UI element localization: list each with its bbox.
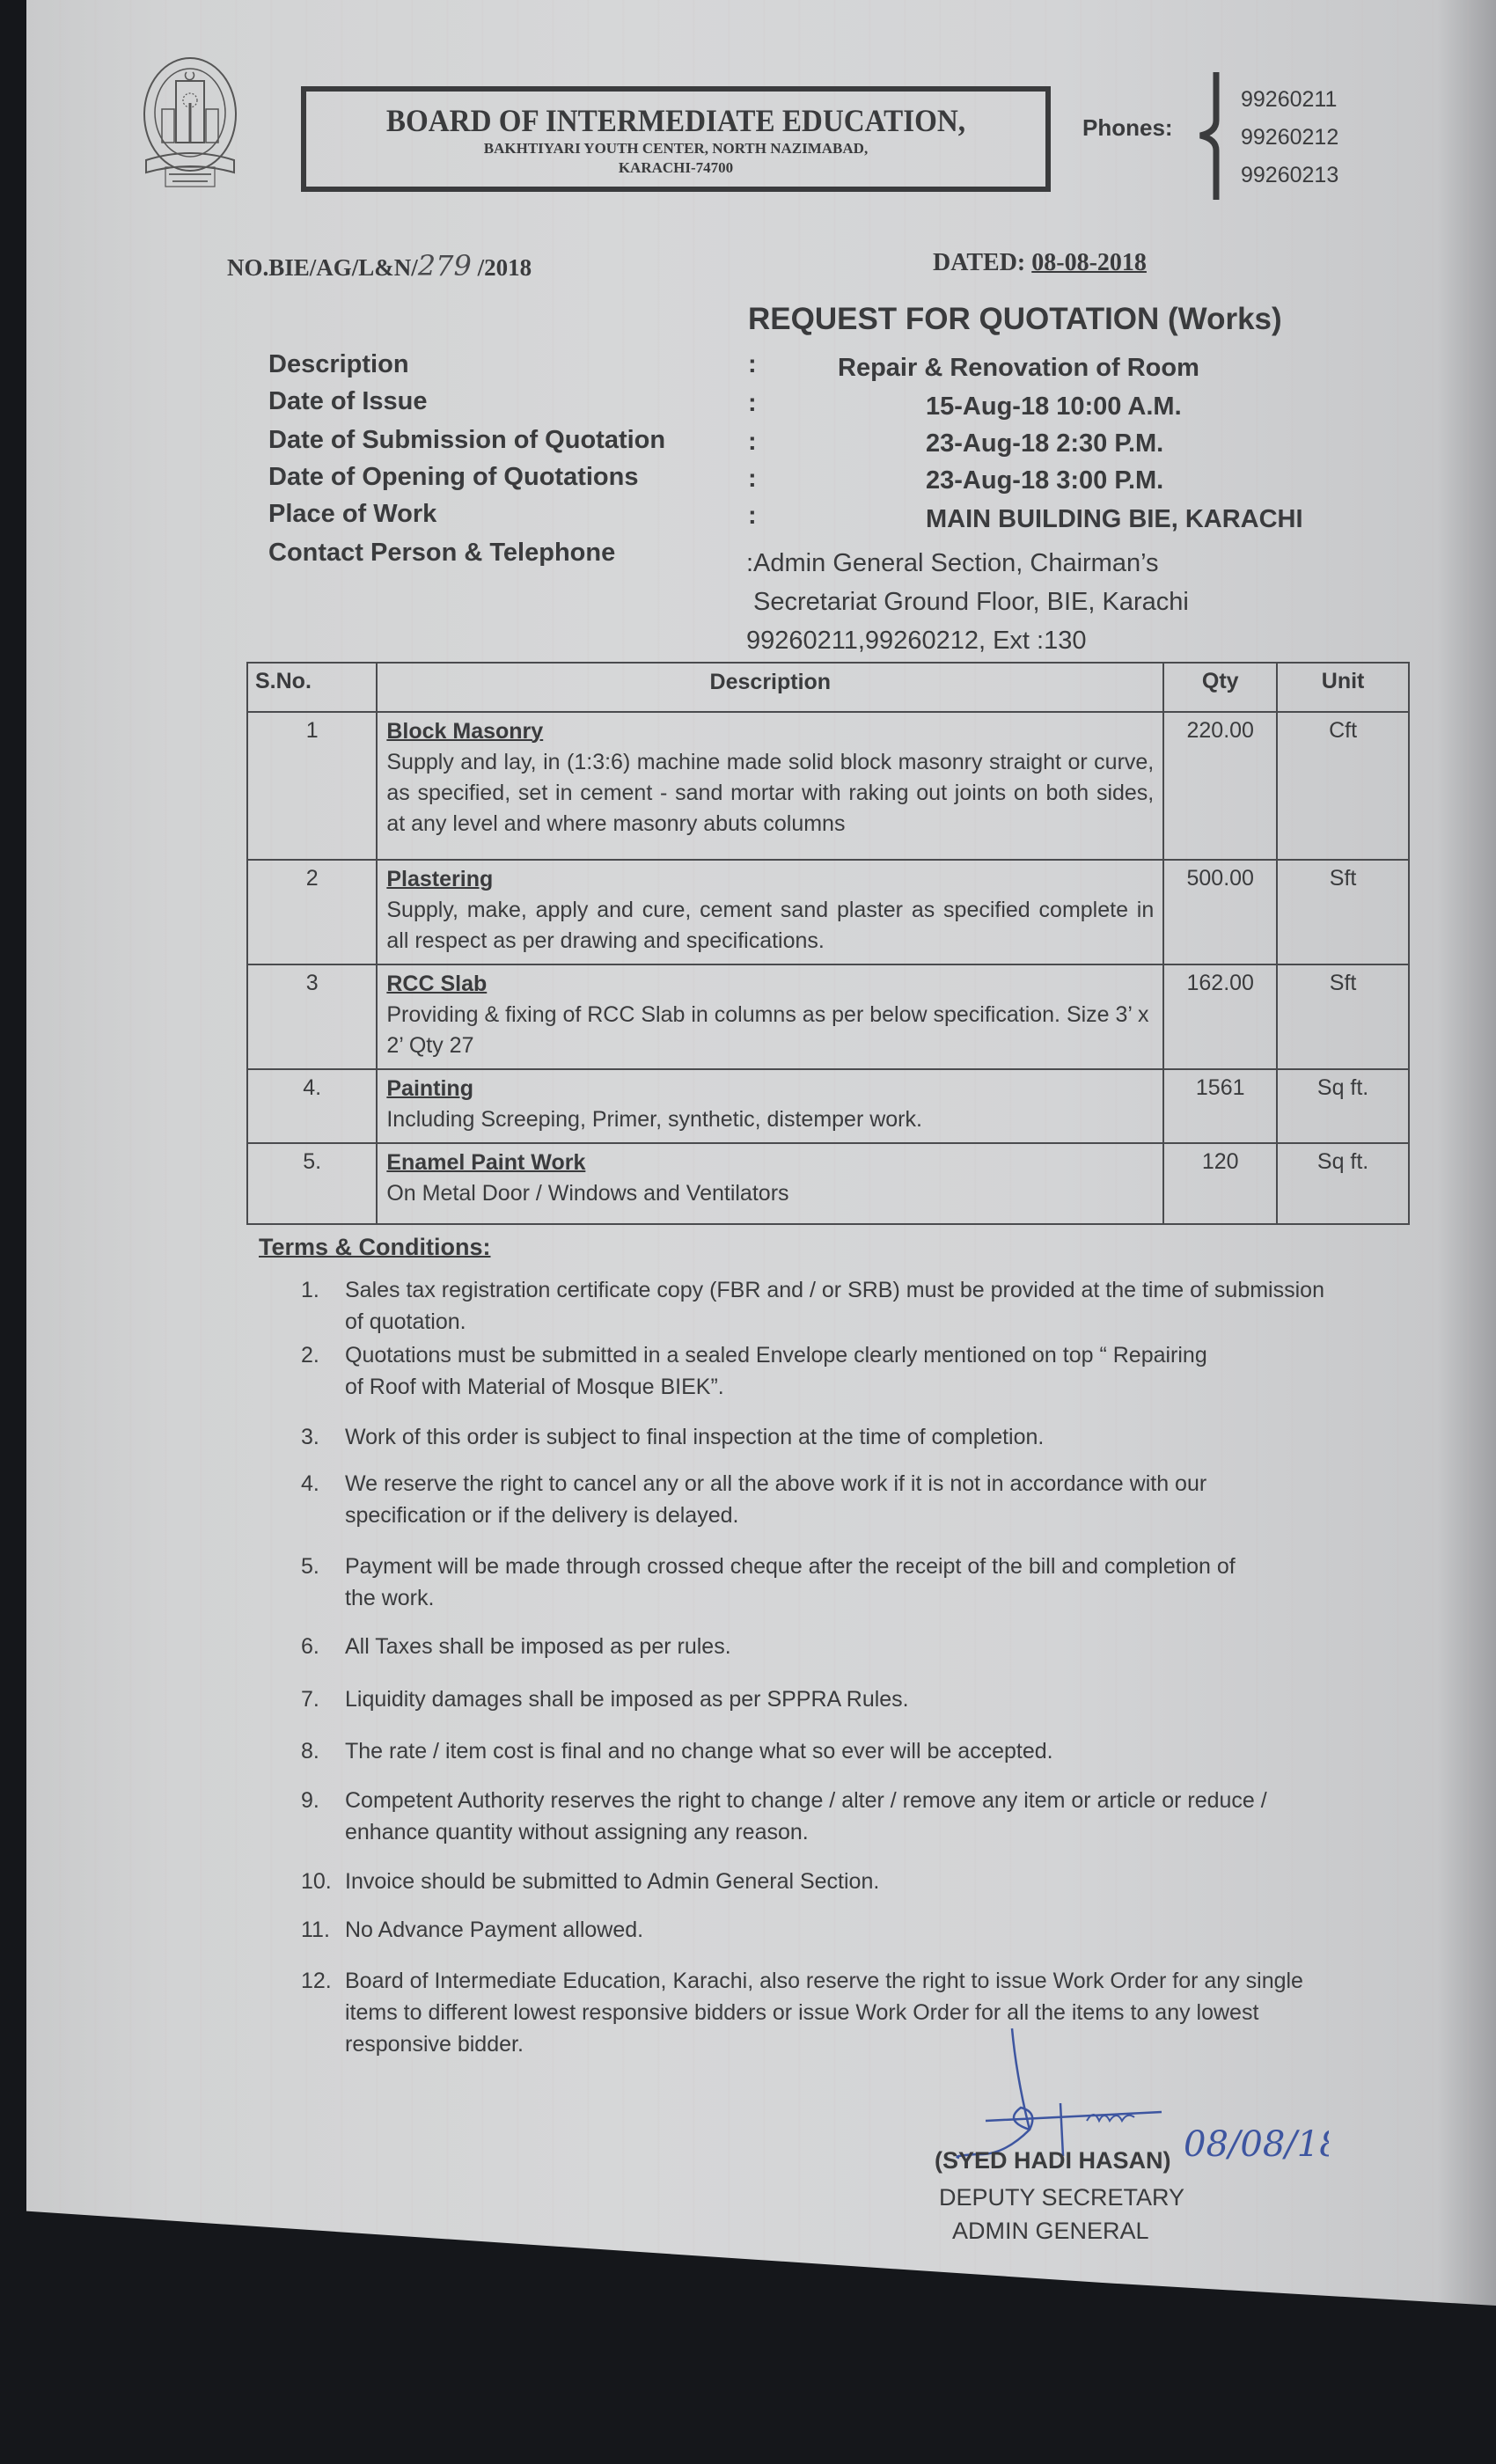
info-label-place-of-work: Place of Work [268,500,436,529]
board-seal-logo-icon [141,55,239,197]
cell-sno: 2 [247,860,377,964]
signatory-department: ADMIN GENERAL [952,2218,1149,2245]
term-text: Liquidity damages shall be imposed as pe… [345,1683,1339,1715]
cell-description: Enamel Paint Work On Metal Door / Window… [377,1143,1163,1224]
info-value-date-of-issue: 15-Aug-18 10:00 A.M. [926,392,1182,422]
reference-suffix: /2018 [472,254,532,281]
cell-qty: 500.00 [1163,860,1277,964]
term-number: 3. [301,1421,341,1453]
term-item: 1.Sales tax registration certificate cop… [301,1274,1339,1338]
info-label-opening-date: Date of Opening of Quotations [268,463,638,492]
item-title: Painting [386,1074,1154,1104]
term-number: 10. [301,1866,341,1897]
cell-sno: 5. [247,1143,377,1224]
term-number: 5. [301,1551,341,1582]
item-title: Enamel Paint Work [386,1148,1154,1178]
info-label-contact: Contact Person & Telephone [268,539,615,568]
term-item: 4.We reserve the right to cancel any or … [301,1468,1339,1531]
info-colon: : [748,389,757,418]
term-text: All Taxes shall be imposed as per rules. [345,1631,1339,1662]
info-value-place-of-work: MAIN BUILDING BIE, KARACHI [926,505,1303,534]
term-number: 4. [301,1468,341,1500]
term-text: Competent Authority reserves the right t… [345,1785,1313,1848]
info-label-description: Description [268,350,409,379]
term-item: 3.Work of this order is subject to final… [301,1421,1339,1453]
phones-label: Phones: [1082,114,1173,142]
term-item: 8.The rate / item cost is final and no c… [301,1735,1339,1767]
letterhead-box: BOARD OF INTERMEDIATE EDUCATION, BAKHTIY… [301,86,1051,192]
column-header-unit: Unit [1277,663,1409,712]
cell-description: RCC Slab Providing & fixing of RCC Slab … [377,964,1163,1069]
reference-number: NO.BIE/AG/L&N/279 /2018 [227,249,532,282]
term-number: 1. [301,1274,341,1306]
cell-description: Painting Including Screeping, Primer, sy… [377,1069,1163,1143]
phone-number: 99260211 [1241,81,1338,119]
term-item: 7.Liquidity damages shall be imposed as … [301,1683,1339,1715]
cell-qty: 1561 [1163,1069,1277,1143]
terms-heading: Terms & Conditions: [259,1234,491,1261]
organization-name: BOARD OF INTERMEDIATE EDUCATION, [336,102,1016,139]
term-item: 6.All Taxes shall be imposed as per rule… [301,1631,1339,1662]
address-line-1: BAKHTIYARI YOUTH CENTER, NORTH NAZIMABAD… [306,139,1045,158]
cell-unit: Cft [1277,712,1409,860]
contact-line: :Admin General Section, Chairman’s [746,544,1189,583]
cell-sno: 3 [247,964,377,1069]
cell-qty: 162.00 [1163,964,1277,1069]
dated-value: 08-08-2018 [1031,249,1147,276]
work-items-table: S.No. Description Qty Unit 1 Block Mason… [246,662,1410,1225]
info-colon: : [748,428,757,457]
table-row: 1 Block Masonry Supply and lay, in (1:3:… [247,712,1409,860]
info-colon: : [748,502,757,531]
cell-sno: 4. [247,1069,377,1143]
phone-number: 99260213 [1241,157,1338,194]
term-number: 6. [301,1631,341,1662]
contact-line: Secretariat Ground Floor, BIE, Karachi [753,583,1189,621]
term-text: Work of this order is subject to final i… [345,1421,1339,1453]
phone-number: 99260212 [1241,119,1338,157]
address-line-2: KARACHI-74700 [306,158,1045,178]
cell-unit: Sq ft. [1277,1143,1409,1224]
term-text: Payment will be made through crossed che… [345,1551,1243,1614]
table-row: 2 Plastering Supply, make, apply and cur… [247,860,1409,964]
curly-brace-icon [1190,72,1225,200]
cell-description: Plastering Supply, make, apply and cure,… [377,860,1163,964]
term-item: 2.Quotations must be submitted in a seal… [301,1339,1339,1403]
term-text: The rate / item cost is final and no cha… [345,1735,1339,1767]
dated-label: DATED: [933,249,1031,276]
info-label-date-of-issue: Date of Issue [268,387,428,416]
term-text: We reserve the right to cancel any or al… [345,1468,1295,1531]
column-header-qty: Qty [1163,663,1277,712]
cell-qty: 220.00 [1163,712,1277,860]
table-header-row: S.No. Description Qty Unit [247,663,1409,712]
term-number: 2. [301,1339,341,1371]
reference-prefix: NO.BIE/AG/L&N/ [227,254,418,281]
cell-unit: Sq ft. [1277,1069,1409,1143]
contact-line: 99260211,99260212, Ext :130 [746,621,1189,660]
item-title: Block Masonry [386,716,1154,747]
item-body: Including Screeping, Primer, synthetic, … [386,1104,1154,1135]
term-number: 9. [301,1785,341,1816]
handwritten-date: 08/08/18 [1184,2124,1329,2165]
item-body: Providing & fixing of RCC Slab in column… [386,1000,1154,1061]
signatory-name: (SYED HADI HASAN) [935,2147,1171,2174]
term-number: 11. [301,1914,341,1946]
signatory-title: DEPUTY SECRETARY [939,2184,1184,2211]
column-header-description: Description [377,663,1163,712]
item-title: RCC Slab [386,969,1154,1000]
info-value-opening-date: 23-Aug-18 3:00 P.M. [926,466,1163,495]
cell-qty: 120 [1163,1143,1277,1224]
scanned-document-page: BOARD OF INTERMEDIATE EDUCATION, BAKHTIY… [26,0,1496,2306]
term-number: 8. [301,1735,341,1767]
document-title: REQUEST FOR QUOTATION (Works) [748,302,1282,337]
term-item: 5.Payment will be made through crossed c… [301,1551,1339,1614]
table-row: 5. Enamel Paint Work On Metal Door / Win… [247,1143,1409,1224]
term-text: No Advance Payment allowed. [345,1914,1339,1946]
term-text: Sales tax registration certificate copy … [345,1274,1339,1338]
term-text: Quotations must be submitted in a sealed… [345,1339,1225,1403]
term-item: 10.Invoice should be submitted to Admin … [301,1866,1339,1897]
info-colon: : [748,465,757,494]
info-value-contact: :Admin General Section, Chairman’s Secre… [746,544,1189,660]
table-row: 4. Painting Including Screeping, Primer,… [247,1069,1409,1143]
info-value-description: Repair & Renovation of Room [838,354,1199,383]
term-number: 12. [301,1965,341,1997]
cell-unit: Sft [1277,860,1409,964]
term-item: 11.No Advance Payment allowed. [301,1914,1339,1946]
info-label-submission-date: Date of Submission of Quotation [268,426,665,455]
cell-sno: 1 [247,712,377,860]
item-body: Supply, make, apply and cure, cement san… [386,895,1154,957]
info-value-submission-date: 23-Aug-18 2:30 P.M. [926,429,1163,458]
item-body: On Metal Door / Windows and Ventilators [386,1178,1154,1209]
column-header-sno: S.No. [247,663,377,712]
table-row: 3 RCC Slab Providing & fixing of RCC Sla… [247,964,1409,1069]
item-body: Supply and lay, in (1:3:6) machine made … [386,747,1154,840]
item-title: Plastering [386,864,1154,895]
handwritten-reference-number: 279 [418,249,472,282]
term-item: 9.Competent Authority reserves the right… [301,1785,1339,1848]
term-text: Invoice should be submitted to Admin Gen… [345,1866,1339,1897]
cell-unit: Sft [1277,964,1409,1069]
document-date: DATED: 08-08-2018 [933,249,1147,277]
cell-description: Block Masonry Supply and lay, in (1:3:6)… [377,712,1163,860]
info-colon: : [748,350,757,379]
term-number: 7. [301,1683,341,1715]
phone-numbers: 99260211 99260212 99260213 [1241,81,1338,194]
